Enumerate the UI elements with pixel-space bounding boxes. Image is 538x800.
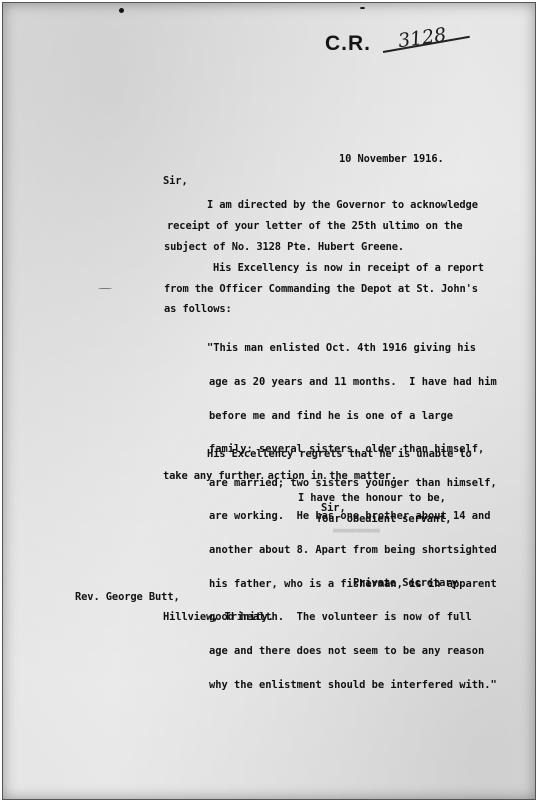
paragraph3-line1: His Excellency regrets that he is unable… <box>207 448 472 460</box>
quote-line: before me and find he is one of a large <box>209 411 497 422</box>
paragraph1-line3: subject of No. 3128 Pte. Hubert Greene. <box>164 241 404 253</box>
quote-line: another about 8. Apart from being shorts… <box>209 545 497 556</box>
ink-speck <box>119 8 124 13</box>
quote-line: age as 20 years and 11 months. I have ha… <box>209 377 497 388</box>
paragraph2-line1: His Excellency is now in receipt of a re… <box>213 262 484 274</box>
signature-title: Private Secretary. <box>353 577 464 589</box>
recipient-name: Rev. George Butt, <box>75 591 180 603</box>
paragraph2-line2: from the Officer Commanding the Depot at… <box>164 283 478 295</box>
paragraph1-line2: receipt of your letter of the 25th ultim… <box>167 220 462 232</box>
recipient-address: Hillview, Trinity. <box>163 611 274 623</box>
quote-line: "This man enlisted Oct. 4th 1916 giving … <box>207 343 497 354</box>
ink-speck <box>360 7 365 9</box>
salutation: Sir, <box>163 175 188 187</box>
paragraph2-line3: as follows: <box>164 303 232 315</box>
ink-mark <box>98 288 112 289</box>
letter-date: 10 November 1916. <box>339 153 444 165</box>
paragraph1-line1: I am directed by the Governor to acknowl… <box>207 199 478 211</box>
quote-line: age and there does not seem to be any re… <box>209 646 497 657</box>
letter-page: C.R. 3128 10 November 1916. Sir, I am di… <box>2 2 536 800</box>
cr-stamp: C.R. <box>325 32 371 56</box>
bleed-through-text: ▬▬▬▬▬▬ <box>333 523 380 538</box>
paragraph3-line2: take any further action in the matter. <box>163 470 397 482</box>
quote-line: why the enlistment should be interfered … <box>209 680 497 691</box>
